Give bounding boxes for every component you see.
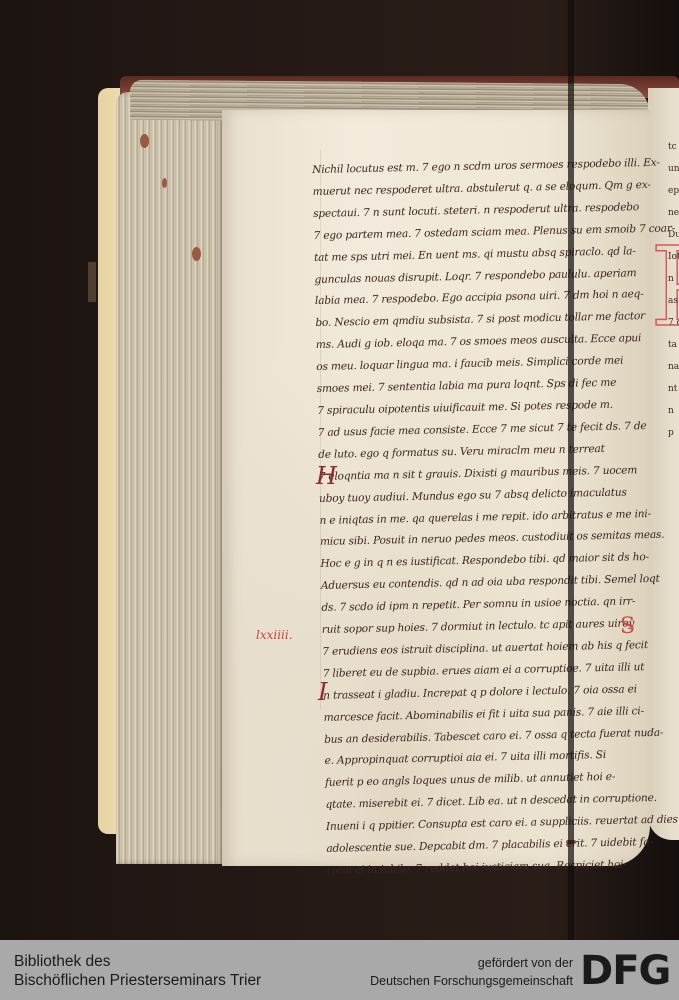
facing-page-fragment: un xyxy=(668,164,679,174)
funder-credit: gefördert von der Deutschen Forschungsge… xyxy=(370,954,573,990)
funder-line1: gefördert von der xyxy=(370,954,573,972)
viewer-footer-banner: Bibliothek des Bischöflichen Priestersem… xyxy=(0,940,679,1000)
facing-page-fragment: as xyxy=(668,296,678,306)
wormhole-mark xyxy=(162,178,167,188)
page-block-fore-edge xyxy=(116,92,224,864)
ink-stain xyxy=(566,840,576,844)
marginal-chapter-number: lxxiiii. xyxy=(256,628,293,642)
facing-page-fragment: na xyxy=(668,362,679,372)
facing-page-fragment: ta xyxy=(668,340,677,350)
facing-page-fragment: nt xyxy=(668,384,677,394)
facing-page-fragment: 7 c xyxy=(668,318,679,328)
library-name-line2: Bischöflichen Priesterseminars Trier xyxy=(14,971,261,990)
facing-page-fragment: n xyxy=(668,274,674,284)
wormhole-mark xyxy=(192,247,201,261)
facing-page-fragment: p xyxy=(668,428,674,438)
facing-page-fragment: ep xyxy=(668,186,679,196)
rubric-initial-s: S xyxy=(620,614,635,639)
funder-line2: Deutschen Forschungsgemeinschaft xyxy=(370,972,573,990)
wormhole-mark xyxy=(140,134,149,148)
manuscript-scan: P tcunepneDuIotonas7 ctanantnp Nichil lo… xyxy=(0,0,679,940)
facing-page-fragment: Ioto xyxy=(668,252,679,262)
library-name: Bibliothek des Bischöflichen Priestersem… xyxy=(14,952,261,990)
rubric-initial-i: I xyxy=(318,678,327,706)
facing-page-fragment: ne xyxy=(668,208,679,218)
clasp-remnant xyxy=(88,262,96,302)
library-name-line1: Bibliothek des xyxy=(14,952,261,971)
dfg-logo: DFG xyxy=(580,952,670,990)
rubric-initial-h: H xyxy=(316,462,337,490)
facing-page-fragment: n xyxy=(668,406,674,416)
manuscript-text-block: Nichil locutus est m. 7 ego n scdm uros … xyxy=(312,153,667,883)
facing-page-fragment: tc xyxy=(668,142,677,152)
